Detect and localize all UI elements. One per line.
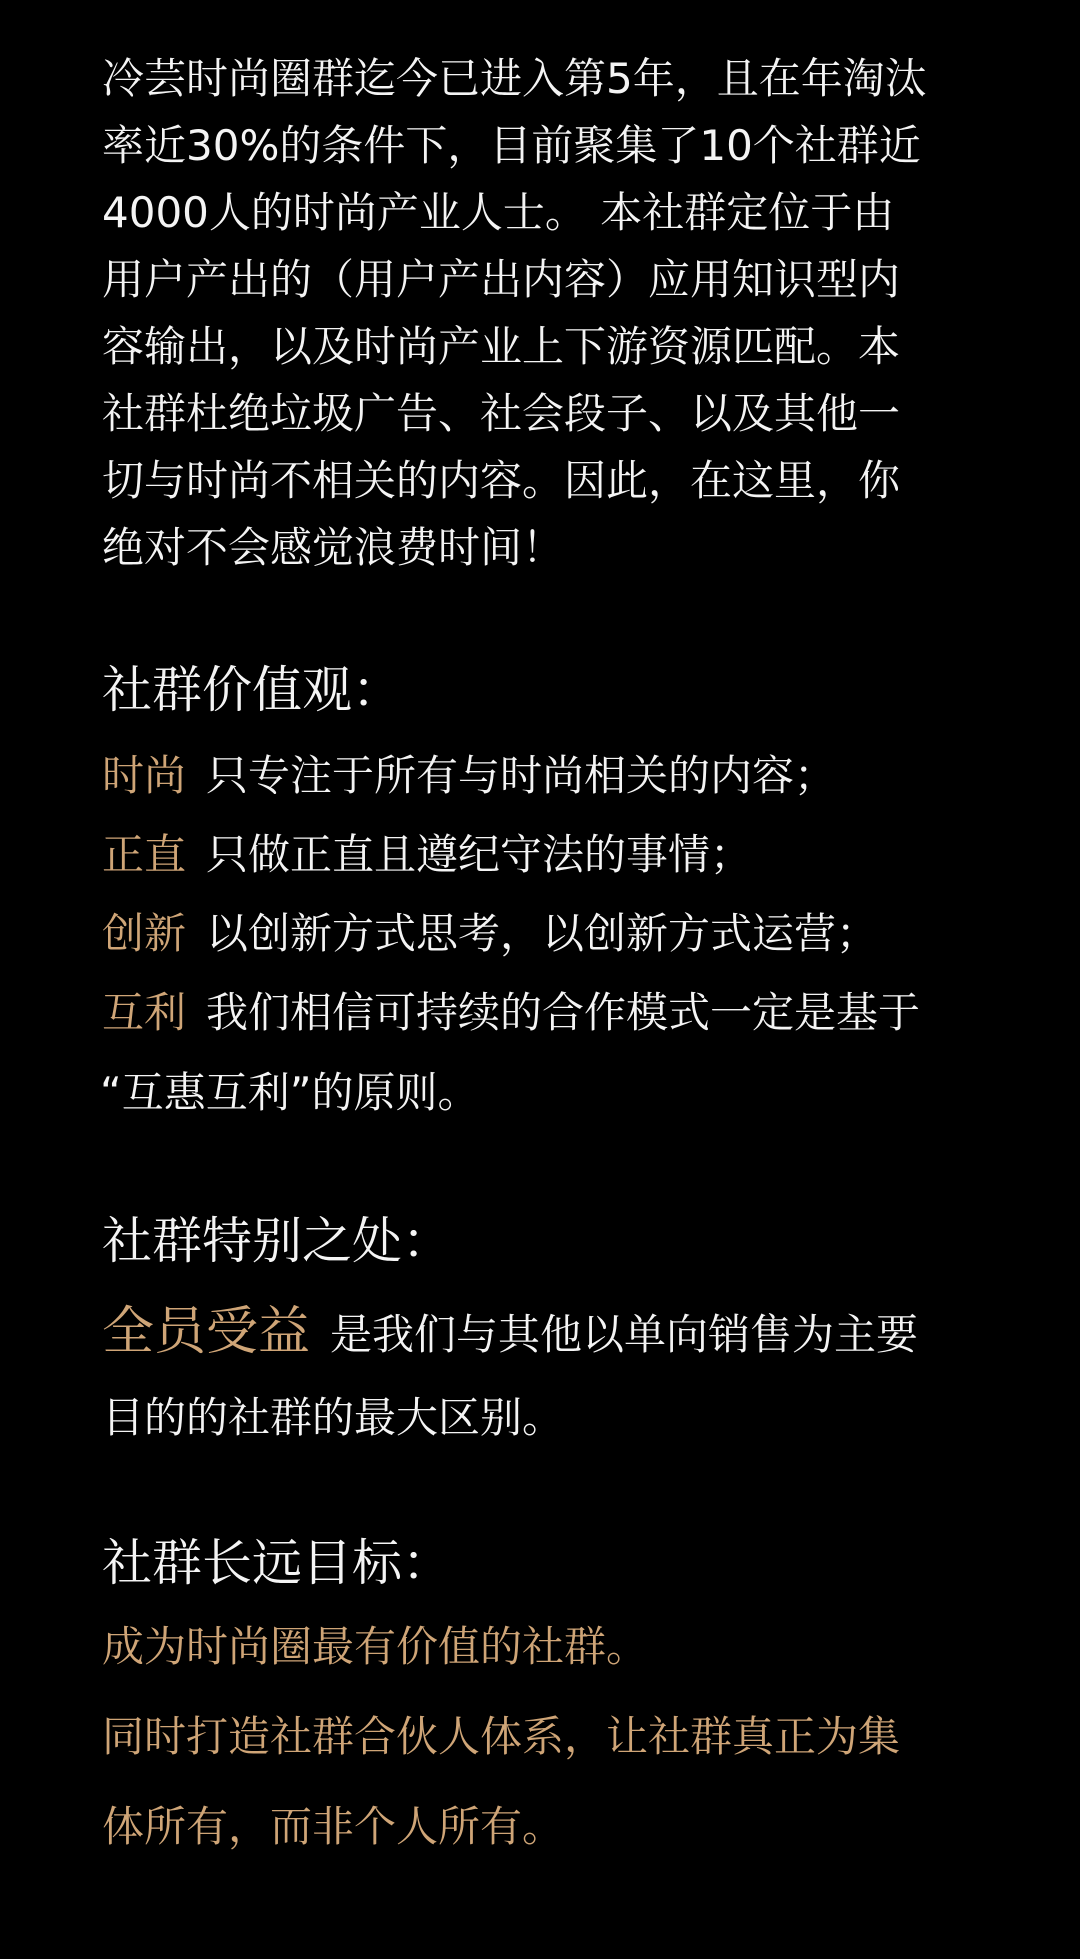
- value-item: 互利我们相信可持续的合作模式一定是基于: [102, 988, 920, 1038]
- goal-line: 成为时尚圈最有价值的社群。: [102, 1622, 648, 1672]
- intro-line: 社群杜绝垃圾广告、社会段子、以及其他一: [102, 389, 900, 439]
- intro-line: 容输出，以及时尚产业上下游资源匹配。本: [102, 322, 900, 372]
- value-label: 创新: [102, 909, 186, 958]
- goal-line: 体所有，而非个人所有。: [102, 1802, 564, 1852]
- intro-line: 绝对不会感觉浪费时间！: [102, 523, 564, 573]
- value-label: 互利: [102, 988, 186, 1037]
- value-label: 正直: [102, 830, 186, 879]
- value-item: 时尚只专注于所有与时尚相关的内容；: [102, 751, 836, 801]
- value-label: 时尚: [102, 751, 186, 800]
- goal-line: 同时打造社群合伙人体系，让社群真正为集: [102, 1712, 900, 1762]
- value-text: 我们相信可持续的合作模式一定是基于: [206, 988, 920, 1037]
- special-line: 目的的社群的最大区别。: [102, 1393, 564, 1443]
- value-item: 创新以创新方式思考，以创新方式运营；: [102, 909, 878, 959]
- value-item: 正直只做正直且遵纪守法的事情；: [102, 830, 752, 880]
- special-line: 全员受益是我们与其他以单向销售为主要: [102, 1302, 918, 1365]
- intro-line: 4000人的时尚产业人士。 本社群定位于由: [102, 188, 894, 238]
- intro-line: 冷芸时尚圈群迄今已进入第5年，且在年淘汰: [102, 54, 927, 104]
- intro-line: 率近30%的条件下，目前聚集了10个社群近: [102, 121, 921, 171]
- value-text: 只做正直且遵纪守法的事情；: [206, 830, 752, 879]
- special-heading: 社群特别之处：: [102, 1212, 452, 1270]
- value-text: 以创新方式思考，以创新方式运营；: [206, 909, 878, 958]
- intro-line: 切与时尚不相关的内容。因此，在这里，你: [102, 456, 900, 506]
- value-text: 只专注于所有与时尚相关的内容；: [206, 751, 836, 800]
- intro-line: 用户产出的（用户产出内容）应用知识型内: [102, 255, 900, 305]
- special-highlight: 全员受益: [102, 1302, 310, 1362]
- values-heading: 社群价值观：: [102, 661, 402, 719]
- value-text-continuation: “互惠互利”的原则。: [100, 1068, 480, 1118]
- goals-heading: 社群长远目标：: [102, 1534, 452, 1592]
- special-text: 是我们与其他以单向销售为主要: [330, 1310, 918, 1359]
